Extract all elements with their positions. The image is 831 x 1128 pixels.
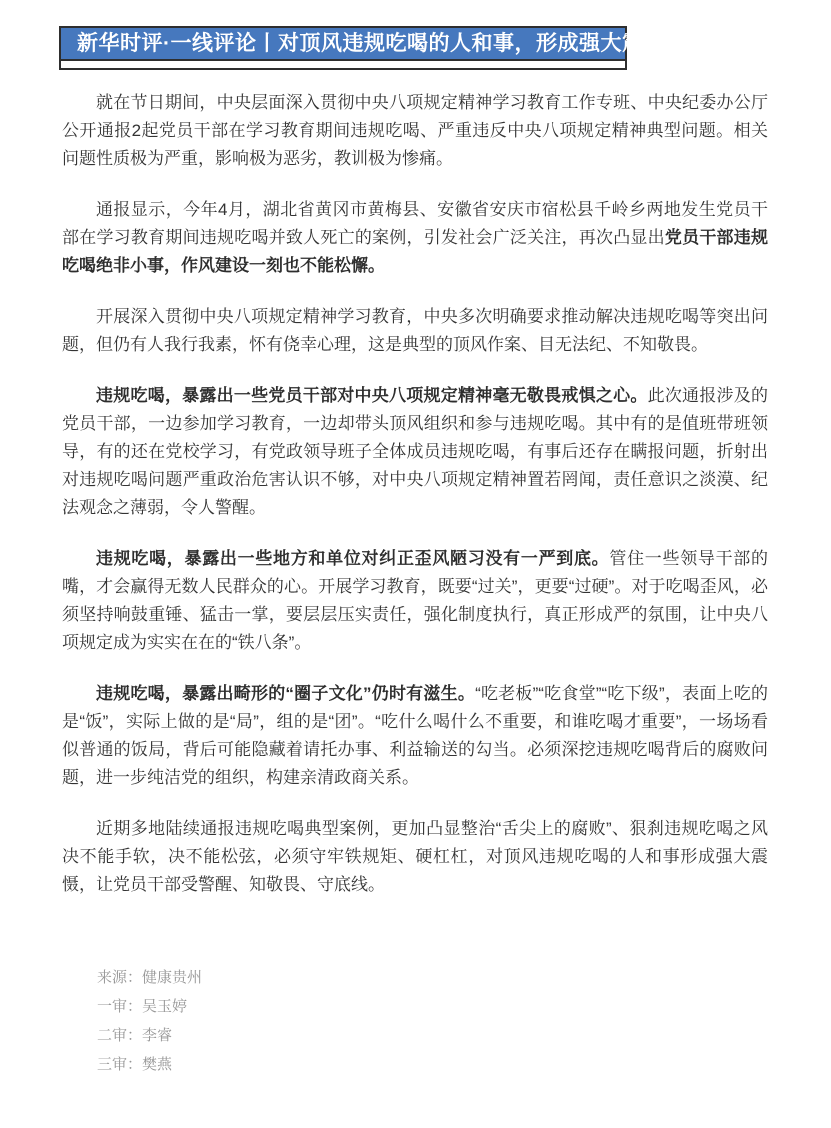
article-body: 就在节日期间，中央层面深入贯彻中央八项规定精神学习教育工作专班、中央纪委办公厅公… [62,89,768,899]
paragraph-3: 开展深入贯彻中央八项规定精神学习教育，中央多次明确要求推动解决违规吃喝等突出问题… [62,303,768,359]
banner-empty-row [61,59,625,68]
third-review-line: 三审：樊燕 [97,1050,831,1079]
paragraph-4-text: 此次通报涉及的党员干部，一边参加学习教育，一边却带头顶风组织和参与违规吃喝。其中… [62,386,768,517]
second-review-line: 二审：李睿 [97,1021,831,1050]
paragraph-4-bold-lead: 违规吃喝，暴露出一些党员干部对中央八项规定精神毫无敬畏戒惧之心。 [96,386,648,405]
paragraph-2-text: 通报显示，今年4月，湖北省黄冈市黄梅县、安徽省安庆市宿松县千岭乡两地发生党员干部… [62,200,768,247]
paragraph-7-text: 近期多地陆续通报违规吃喝典型案例，更加凸显整治“舌尖上的腐败”、狠刹违规吃喝之风… [62,819,768,894]
paragraph-3-text: 开展深入贯彻中央八项规定精神学习教育，中央多次明确要求推动解决违规吃喝等突出问题… [62,307,768,354]
paragraph-7: 近期多地陆续通报违规吃喝典型案例，更加凸显整治“舌尖上的腐败”、狠刹违规吃喝之风… [62,815,768,899]
source-line: 来源：健康贵州 [97,963,831,992]
first-review-line: 一审：吴玉婷 [97,992,831,1021]
paragraph-1-text: 就在节日期间，中央层面深入贯彻中央八项规定精神学习教育工作专班、中央纪委办公厅公… [62,93,768,168]
paragraph-5: 违规吃喝，暴露出一些地方和单位对纠正歪风陋习没有一严到底。管住一些领导干部的嘴，… [62,545,768,657]
paragraph-6: 违规吃喝，暴露出畸形的“圈子文化”仍时有滋生。“吃老板”“吃食堂”“吃下级”，表… [62,680,768,792]
article-title: 新华时评·一线评论丨对顶风违规吃喝的人和事，形成强大震慑！ [61,28,625,59]
paragraph-6-bold-lead: 违规吃喝，暴露出畸形的“圈子文化”仍时有滋生。 [96,684,475,703]
paragraph-5-bold-lead: 违规吃喝，暴露出一些地方和单位对纠正歪风陋习没有一严到底。 [96,549,609,568]
article-page: 新华时评·一线评论丨对顶风违规吃喝的人和事，形成强大震慑！ 就在节日期间，中央层… [0,0,831,1128]
paragraph-4: 违规吃喝，暴露出一些党员干部对中央八项规定精神毫无敬畏戒惧之心。此次通报涉及的党… [62,382,768,522]
paragraph-2: 通报显示，今年4月，湖北省黄冈市黄梅县、安徽省安庆市宿松县千岭乡两地发生党员干部… [62,196,768,280]
article-footer: 来源：健康贵州 一审：吴玉婷 二审：李睿 三审：樊燕 [97,963,831,1079]
title-banner: 新华时评·一线评论丨对顶风违规吃喝的人和事，形成强大震慑！ [59,26,627,70]
paragraph-1: 就在节日期间，中央层面深入贯彻中央八项规定精神学习教育工作专班、中央纪委办公厅公… [62,89,768,173]
